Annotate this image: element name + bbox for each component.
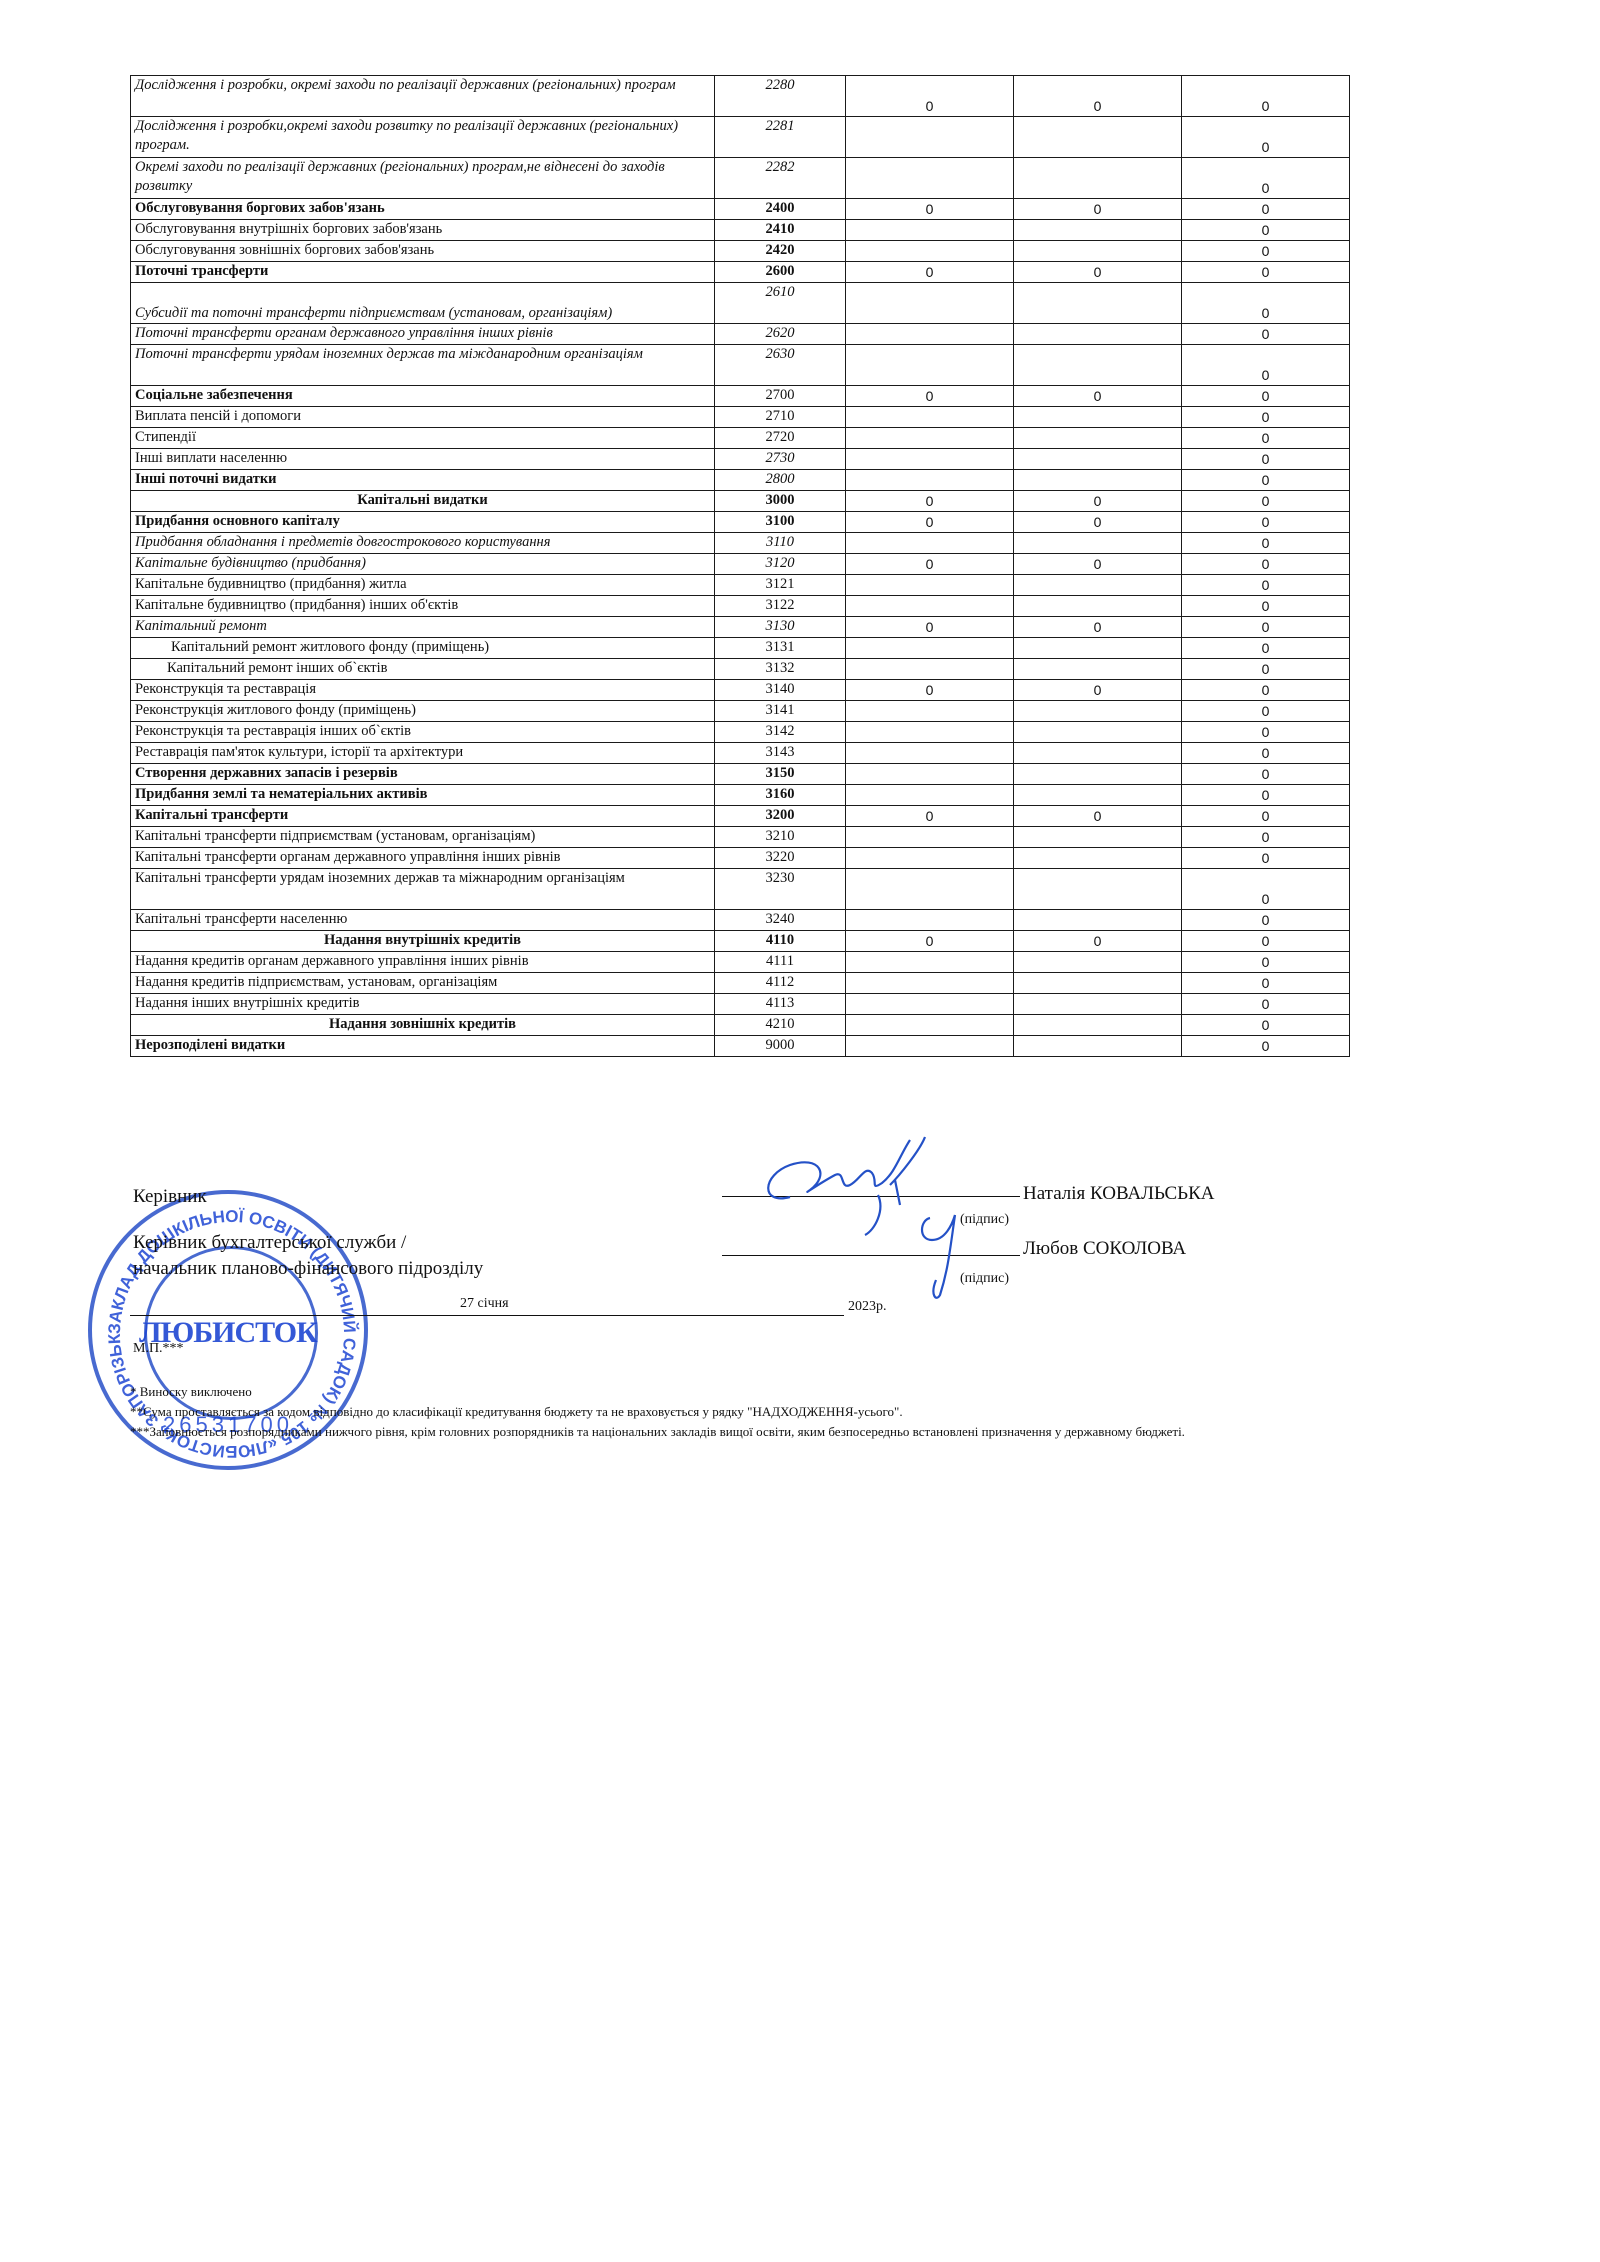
- row-code: 3160: [715, 785, 846, 806]
- row-description: Інші поточні видатки: [131, 470, 715, 491]
- row-value-col4: [1014, 324, 1182, 345]
- row-code: 3142: [715, 722, 846, 743]
- row-code: 3130: [715, 617, 846, 638]
- row-value-col4: [1014, 158, 1182, 199]
- row-value-col3: [846, 1015, 1014, 1036]
- row-value-col4: [1014, 638, 1182, 659]
- row-code: 3122: [715, 596, 846, 617]
- row-code: 2630: [715, 345, 846, 386]
- row-value-col3: [846, 994, 1014, 1015]
- row-description: Капітальний ремонт інших об`єктів: [131, 659, 715, 680]
- row-value-col4: [1014, 220, 1182, 241]
- head-name: Наталія КОВАЛЬСЬКА: [1023, 1183, 1214, 1205]
- row-code: 2800: [715, 470, 846, 491]
- row-description: Окремі заходи по реалізації державних (р…: [131, 158, 715, 199]
- row-code: 2282: [715, 158, 846, 199]
- table-row: Капітальний ремонт3130000: [131, 617, 1350, 638]
- row-description: Реконструкція житлового фонду (приміщень…: [131, 701, 715, 722]
- table-row: Окремі заходи по реалізації державних (р…: [131, 158, 1350, 199]
- accountant-label-line2: начальник планово-фінансового підрозділу: [133, 1258, 483, 1280]
- row-value-col5: 0: [1182, 764, 1350, 785]
- row-value-col4: 0: [1014, 617, 1182, 638]
- row-value-col4: [1014, 596, 1182, 617]
- row-description: Надання кредитів підприємствам, установа…: [131, 973, 715, 994]
- table-row: Капітальний ремонт житлового фонду (прим…: [131, 638, 1350, 659]
- row-value-col4: 0: [1014, 262, 1182, 283]
- row-code: 2710: [715, 407, 846, 428]
- row-code: 3000: [715, 491, 846, 512]
- head-label: Керівник: [133, 1186, 207, 1208]
- row-value-col4: [1014, 994, 1182, 1015]
- table-row: Реконструкція та реставрація3140000: [131, 680, 1350, 701]
- table-row: Обслуговування внутрішніх боргових забов…: [131, 220, 1350, 241]
- row-value-col5: 0: [1182, 973, 1350, 994]
- row-value-col4: [1014, 659, 1182, 680]
- row-value-col3: 0: [846, 199, 1014, 220]
- row-value-col4: [1014, 764, 1182, 785]
- table-row: Виплата пенсій і допомоги27100: [131, 407, 1350, 428]
- row-description: Дослідження і розробки,окремі заходи роз…: [131, 117, 715, 158]
- row-code: 2600: [715, 262, 846, 283]
- row-value-col4: [1014, 952, 1182, 973]
- row-description: Надання кредитів органам державного упра…: [131, 952, 715, 973]
- row-value-col4: [1014, 848, 1182, 869]
- row-value-col3: [846, 764, 1014, 785]
- row-description: Надання внутрішніх кредитів: [131, 931, 715, 952]
- row-value-col4: [1014, 428, 1182, 449]
- table-row: Створення державних запасів і резервів31…: [131, 764, 1350, 785]
- row-description: Капітальні трансферти: [131, 806, 715, 827]
- row-code: 3132: [715, 659, 846, 680]
- row-value-col5: 0: [1182, 1015, 1350, 1036]
- row-value-col3: [846, 345, 1014, 386]
- row-description: Капітальні трансферти органам державного…: [131, 848, 715, 869]
- row-description: Надання зовнішніх кредитів: [131, 1015, 715, 1036]
- row-value-col5: 0: [1182, 428, 1350, 449]
- accountant-signature-line: [722, 1255, 1020, 1256]
- row-code: 2280: [715, 76, 846, 117]
- row-value-col5: 0: [1182, 345, 1350, 386]
- table-row: Капітальні трансферти населенню32400: [131, 910, 1350, 931]
- row-value-col5: 0: [1182, 994, 1350, 1015]
- row-value-col5: 0: [1182, 848, 1350, 869]
- row-value-col3: [846, 701, 1014, 722]
- row-description: Поточні трансферти урядам іноземних держ…: [131, 345, 715, 386]
- row-value-col3: 0: [846, 680, 1014, 701]
- row-value-col3: 0: [846, 512, 1014, 533]
- table-row: Капітальне будивництво (придбання) житла…: [131, 575, 1350, 596]
- row-value-col3: [846, 1036, 1014, 1057]
- row-value-col5: 0: [1182, 827, 1350, 848]
- row-value-col3: [846, 638, 1014, 659]
- accountant-signature-icon: [910, 1210, 970, 1305]
- row-description: Придбання землі та нематеріальних активі…: [131, 785, 715, 806]
- table-row: Капітальні трансферти органам державного…: [131, 848, 1350, 869]
- row-value-col5: 0: [1182, 931, 1350, 952]
- row-value-col4: [1014, 345, 1182, 386]
- table-row: Обслуговування зовнішніх боргових забов'…: [131, 241, 1350, 262]
- row-code: 2281: [715, 117, 846, 158]
- row-value-col4: [1014, 827, 1182, 848]
- row-value-col4: [1014, 1036, 1182, 1057]
- table-row: Капітальні трансферти3200000: [131, 806, 1350, 827]
- row-value-col4: 0: [1014, 931, 1182, 952]
- row-value-col4: 0: [1014, 491, 1182, 512]
- accountant-label-line1: Керівник бухгалтерської служби /: [133, 1232, 406, 1254]
- row-code: 2420: [715, 241, 846, 262]
- table-row: Нерозподілені видатки90000: [131, 1036, 1350, 1057]
- row-value-col4: [1014, 722, 1182, 743]
- row-value-col4: [1014, 973, 1182, 994]
- table-row: Капітальні трансферти урядам іноземних д…: [131, 869, 1350, 910]
- row-value-col4: [1014, 470, 1182, 491]
- row-description: Придбання обладнання і предметів довгост…: [131, 533, 715, 554]
- row-code: 3140: [715, 680, 846, 701]
- row-value-col5: 0: [1182, 470, 1350, 491]
- row-value-col3: [846, 785, 1014, 806]
- row-value-col3: [846, 869, 1014, 910]
- row-description: Капітальне будивництво (придбання) житла: [131, 575, 715, 596]
- row-value-col4: [1014, 910, 1182, 931]
- row-code: 2730: [715, 449, 846, 470]
- row-description: Обслуговування зовнішніх боргових забов'…: [131, 241, 715, 262]
- row-value-col3: [846, 220, 1014, 241]
- seal-label: М.П.***: [133, 1341, 184, 1357]
- row-value-col4: [1014, 533, 1182, 554]
- row-code: 3200: [715, 806, 846, 827]
- row-code: 3120: [715, 554, 846, 575]
- row-value-col5: 0: [1182, 785, 1350, 806]
- row-code: 3110: [715, 533, 846, 554]
- table-row: Поточні трансферти органам державного уп…: [131, 324, 1350, 345]
- row-value-col5: 0: [1182, 324, 1350, 345]
- row-description: Капітальні видатки: [131, 491, 715, 512]
- table-row: Інші виплати населенню27300: [131, 449, 1350, 470]
- row-value-col4: [1014, 241, 1182, 262]
- date-day-month: 27 січня: [460, 1296, 509, 1312]
- row-value-col4: 0: [1014, 512, 1182, 533]
- row-value-col5: 0: [1182, 680, 1350, 701]
- table-row: Інші поточні видатки28000: [131, 470, 1350, 491]
- row-value-col3: [846, 117, 1014, 158]
- row-value-col3: [846, 283, 1014, 324]
- row-value-col4: [1014, 701, 1182, 722]
- table-row: Капітальний ремонт інших об`єктів31320: [131, 659, 1350, 680]
- row-value-col3: [846, 158, 1014, 199]
- row-value-col4: [1014, 785, 1182, 806]
- accountant-name: Любов СОКОЛОВА: [1023, 1238, 1186, 1260]
- row-value-col5: 0: [1182, 617, 1350, 638]
- row-description: Надання інших внутрішніх кредитів: [131, 994, 715, 1015]
- row-code: 3131: [715, 638, 846, 659]
- row-code: 3141: [715, 701, 846, 722]
- table-row: Дослідження і розробки, окремі заходи по…: [131, 76, 1350, 117]
- date-year: 2023р.: [848, 1299, 887, 1315]
- row-code: 3150: [715, 764, 846, 785]
- row-value-col4: 0: [1014, 554, 1182, 575]
- row-description: Субсидії та поточні трансферти підприємс…: [131, 283, 715, 324]
- row-value-col4: 0: [1014, 76, 1182, 117]
- row-description: Реконструкція та реставрація інших об`єк…: [131, 722, 715, 743]
- row-value-col5: 0: [1182, 199, 1350, 220]
- row-value-col5: 0: [1182, 407, 1350, 428]
- row-value-col3: [846, 241, 1014, 262]
- row-description: Реконструкція та реставрація: [131, 680, 715, 701]
- table-row: Капітальні трансферти підприємствам (уст…: [131, 827, 1350, 848]
- row-description: Капітальні трансферти урядам іноземних д…: [131, 869, 715, 910]
- row-value-col3: [846, 324, 1014, 345]
- table-row: Поточні трансферти урядам іноземних держ…: [131, 345, 1350, 386]
- table-row: Надання зовнішніх кредитів42100: [131, 1015, 1350, 1036]
- row-value-col3: [846, 722, 1014, 743]
- row-value-col5: 0: [1182, 910, 1350, 931]
- table-row: Дослідження і розробки,окремі заходи роз…: [131, 117, 1350, 158]
- row-code: 3121: [715, 575, 846, 596]
- row-description: Обслуговування боргових забов'язань: [131, 199, 715, 220]
- row-description: Інші виплати населенню: [131, 449, 715, 470]
- table-row: Соціальне забезпечення2700000: [131, 386, 1350, 407]
- table-row: Реставрація пам'яток культури, історії т…: [131, 743, 1350, 764]
- row-value-col5: 0: [1182, 575, 1350, 596]
- row-value-col5: 0: [1182, 596, 1350, 617]
- row-description: Виплата пенсій і допомоги: [131, 407, 715, 428]
- row-value-col3: [846, 428, 1014, 449]
- row-value-col5: 0: [1182, 512, 1350, 533]
- row-value-col3: 0: [846, 76, 1014, 117]
- row-value-col5: 0: [1182, 283, 1350, 324]
- table-row: Обслуговування боргових забов'язань24000…: [131, 199, 1350, 220]
- row-value-col5: 0: [1182, 533, 1350, 554]
- row-value-col3: [846, 973, 1014, 994]
- row-code: 4113: [715, 994, 846, 1015]
- row-code: 2610: [715, 283, 846, 324]
- row-code: 3240: [715, 910, 846, 931]
- row-value-col4: [1014, 1015, 1182, 1036]
- row-description: Капітальне будивництво (придбання) інших…: [131, 596, 715, 617]
- row-description: Соціальне забезпечення: [131, 386, 715, 407]
- row-value-col5: 0: [1182, 491, 1350, 512]
- row-description: Поточні трансферти органам державного уп…: [131, 324, 715, 345]
- row-value-col3: 0: [846, 386, 1014, 407]
- row-value-col3: [846, 827, 1014, 848]
- table-row: Капітальне будивництво (придбання) інших…: [131, 596, 1350, 617]
- row-value-col5: 0: [1182, 1036, 1350, 1057]
- row-value-col5: 0: [1182, 743, 1350, 764]
- row-description: Дослідження і розробки, окремі заходи по…: [131, 76, 715, 117]
- row-value-col4: [1014, 575, 1182, 596]
- table-row: Субсидії та поточні трансферти підприємс…: [131, 283, 1350, 324]
- footnote-3: ***Заповнюється розпорядниками нижчого р…: [130, 1423, 1340, 1441]
- row-value-col3: [846, 407, 1014, 428]
- table-row: Надання інших внутрішніх кредитів41130: [131, 994, 1350, 1015]
- row-value-col3: [846, 449, 1014, 470]
- row-code: 3220: [715, 848, 846, 869]
- row-description: Стипендії: [131, 428, 715, 449]
- row-value-col4: 0: [1014, 680, 1182, 701]
- row-code: 3100: [715, 512, 846, 533]
- row-code: 2720: [715, 428, 846, 449]
- row-value-col4: [1014, 407, 1182, 428]
- row-code: 4210: [715, 1015, 846, 1036]
- row-value-col3: [846, 848, 1014, 869]
- date-line: [130, 1315, 844, 1316]
- row-value-col5: 0: [1182, 158, 1350, 199]
- table-row: Надання кредитів підприємствам, установа…: [131, 973, 1350, 994]
- table-row: Капітальні видатки3000000: [131, 491, 1350, 512]
- row-value-col3: [846, 952, 1014, 973]
- row-value-col4: [1014, 449, 1182, 470]
- row-value-col4: 0: [1014, 199, 1182, 220]
- table-row: Стипендії27200: [131, 428, 1350, 449]
- row-value-col3: 0: [846, 491, 1014, 512]
- row-code: 4110: [715, 931, 846, 952]
- footnote-1: * Виноску виключено: [130, 1384, 252, 1400]
- row-value-col3: [846, 910, 1014, 931]
- row-value-col3: 0: [846, 617, 1014, 638]
- row-description: Капітальні трансферти населенню: [131, 910, 715, 931]
- row-value-col4: [1014, 117, 1182, 158]
- table-row: Придбання обладнання і предметів довгост…: [131, 533, 1350, 554]
- row-value-col5: 0: [1182, 554, 1350, 575]
- row-value-col5: 0: [1182, 117, 1350, 158]
- table-row: Придбання землі та нематеріальних активі…: [131, 785, 1350, 806]
- table-row: Капітальне будівництво (придбання)312000…: [131, 554, 1350, 575]
- row-value-col4: [1014, 743, 1182, 764]
- row-code: 9000: [715, 1036, 846, 1057]
- row-value-col4: 0: [1014, 386, 1182, 407]
- row-code: 4112: [715, 973, 846, 994]
- row-value-col3: [846, 533, 1014, 554]
- table-row: Надання кредитів органам державного упра…: [131, 952, 1350, 973]
- row-description: Капітальні трансферти підприємствам (уст…: [131, 827, 715, 848]
- row-value-col5: 0: [1182, 806, 1350, 827]
- row-value-col5: 0: [1182, 952, 1350, 973]
- accountant-signature-caption: (підпис): [960, 1271, 1009, 1287]
- row-value-col5: 0: [1182, 869, 1350, 910]
- table-row: Реконструкція та реставрація інших об`єк…: [131, 722, 1350, 743]
- row-value-col5: 0: [1182, 76, 1350, 117]
- table-row: Придбання основного капіталу3100000: [131, 512, 1350, 533]
- row-value-col5: 0: [1182, 659, 1350, 680]
- row-code: 3143: [715, 743, 846, 764]
- table-row: Надання внутрішніх кредитів4110000: [131, 931, 1350, 952]
- row-code: 2700: [715, 386, 846, 407]
- row-value-col5: 0: [1182, 220, 1350, 241]
- row-value-col5: 0: [1182, 722, 1350, 743]
- row-code: 3230: [715, 869, 846, 910]
- row-value-col3: [846, 596, 1014, 617]
- row-value-col5: 0: [1182, 701, 1350, 722]
- row-value-col3: [846, 575, 1014, 596]
- row-description: Обслуговування внутрішніх боргових забов…: [131, 220, 715, 241]
- row-value-col3: 0: [846, 806, 1014, 827]
- row-value-col4: [1014, 869, 1182, 910]
- row-description: Капітальний ремонт: [131, 617, 715, 638]
- row-description: Поточні трансферти: [131, 262, 715, 283]
- row-value-col5: 0: [1182, 449, 1350, 470]
- row-code: 2620: [715, 324, 846, 345]
- row-description: Нерозподілені видатки: [131, 1036, 715, 1057]
- row-value-col3: 0: [846, 554, 1014, 575]
- footnote-2: **Сума проставляється за кодом відповідн…: [130, 1404, 903, 1420]
- table-row: Реконструкція житлового фонду (приміщень…: [131, 701, 1350, 722]
- row-value-col3: 0: [846, 262, 1014, 283]
- row-value-col5: 0: [1182, 638, 1350, 659]
- row-description: Придбання основного капіталу: [131, 512, 715, 533]
- row-description: Капітальний ремонт житлового фонду (прим…: [131, 638, 715, 659]
- row-code: 2410: [715, 220, 846, 241]
- row-value-col3: 0: [846, 931, 1014, 952]
- row-value-col3: [846, 659, 1014, 680]
- row-value-col3: [846, 743, 1014, 764]
- row-value-col5: 0: [1182, 241, 1350, 262]
- row-description: Реставрація пам'яток культури, історії т…: [131, 743, 715, 764]
- row-value-col4: 0: [1014, 806, 1182, 827]
- row-description: Капітальне будівництво (придбання): [131, 554, 715, 575]
- row-description: Створення державних запасів і резервів: [131, 764, 715, 785]
- row-value-col4: [1014, 283, 1182, 324]
- row-value-col3: [846, 470, 1014, 491]
- row-code: 2400: [715, 199, 846, 220]
- expenditure-table: Дослідження і розробки, окремі заходи по…: [130, 75, 1350, 1057]
- row-code: 3210: [715, 827, 846, 848]
- table-row: Поточні трансферти2600000: [131, 262, 1350, 283]
- row-value-col5: 0: [1182, 386, 1350, 407]
- row-value-col5: 0: [1182, 262, 1350, 283]
- row-code: 4111: [715, 952, 846, 973]
